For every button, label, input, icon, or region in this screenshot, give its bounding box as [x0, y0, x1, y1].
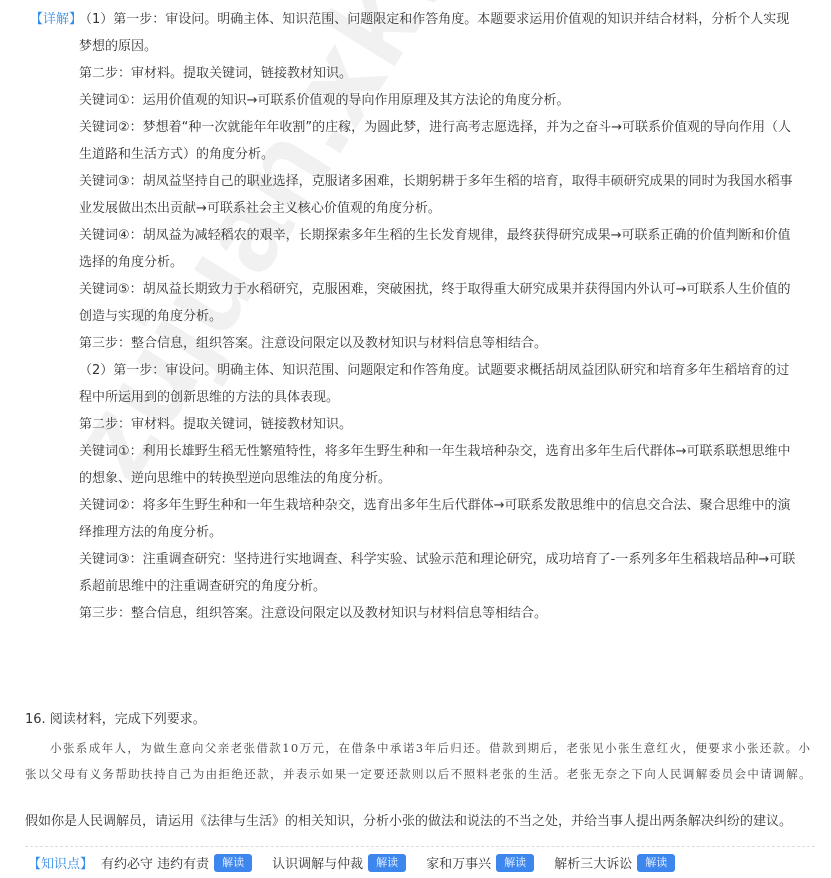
knowledge-point-name[interactable]: 有约必守 违约有责 [101, 853, 209, 872]
analysis-line: 关键词③：胡凤益坚持自己的职业选择，克服诸多困难，长期躬耕于多年生稻的培育，取得… [30, 168, 810, 195]
interpret-button[interactable]: 解读 [496, 854, 534, 872]
analysis-line: （2）第一步：审设问。明确主体、知识范围、问题限定和作答角度。试题要求概括胡凤益… [30, 357, 810, 384]
knowledge-point-item: 有约必守 违约有责 解读 [101, 853, 252, 872]
analysis-line: 关键词②：梦想着“种一次就能年年收割”的庄稼，为圆此梦，进行高考志愿选择，并为之… [30, 114, 810, 141]
analysis-line: 关键词①：运用价值观的知识→可联系价值观的导向作用原理及其方法论的角度分析。 [30, 87, 810, 114]
analysis-line: 关键词②：将多年生野生种和一年生栽培种杂交，选育出多年生后代群体→可联系发散思维… [30, 492, 810, 519]
knowledge-point-item: 认识调解与仲裁 解读 [272, 853, 406, 872]
analysis-line: 第二步：审材料。提取关键词，链接教材知识。 [30, 411, 810, 438]
knowledge-point-name[interactable]: 解析三大诉讼 [554, 853, 632, 872]
knowledge-point-name[interactable]: 家和万事兴 [426, 853, 491, 872]
question-16: 16. 阅读材料，完成下列要求。 小张系成年人，为做生意向父亲老张借款10万元，… [25, 709, 815, 833]
knowledge-point-name[interactable]: 认识调解与仲裁 [272, 853, 363, 872]
analysis-line: 的想象、逆向思维中的转换型逆向思维法的角度分析。 [30, 465, 810, 492]
analysis-line: 第三步：整合信息，组织答案。注意设问限定以及教材知识与材料信息等相结合。 [30, 600, 810, 627]
interpret-button[interactable]: 解读 [637, 854, 675, 872]
question-prompt: 假如你是人民调解员，请运用《法律与生活》的相关知识，分析小张的做法和说法的不当之… [25, 811, 815, 833]
divider [25, 846, 815, 847]
knowledge-point-item: 家和万事兴 解读 [426, 853, 534, 872]
interpret-button[interactable]: 解读 [214, 854, 252, 872]
analysis-line: 【详解】 （1）第一步：审设问。明确主体、知识范围、问题限定和作答角度。本题要求… [30, 6, 810, 33]
question-title: 16. 阅读材料，完成下列要求。 [25, 709, 815, 731]
analysis-line: 绎推理方法的角度分析。 [30, 519, 810, 546]
analysis-line: 选择的角度分析。 [30, 249, 810, 276]
analysis-line: 关键词③：注重调查研究：坚持进行实地调查、科学实验、试验示范和理论研究，成功培育… [30, 546, 810, 573]
analysis-line: 程中所运用到的创新思维的方法的具体表现。 [30, 384, 810, 411]
analysis-line: 第二步：审材料。提取关键词，链接教材知识。 [30, 60, 810, 87]
knowledge-points-bar: 【知识点】 有约必守 违约有责 解读 认识调解与仲裁 解读 家和万事兴 解读 解… [28, 853, 695, 872]
analysis-line: 业发展做出杰出贡献→可联系社会主义核心价值观的角度分析。 [30, 195, 810, 222]
analysis-tag: 【详解】 [30, 6, 79, 33]
analysis-line: 生道路和生活方式）的角度分析。 [30, 141, 810, 168]
analysis-line: 关键词⑤：胡凤益长期致力于水稻研究，克服困难，突破困扰，终于取得重大研究成果并获… [30, 276, 810, 303]
analysis-text: （1）第一步：审设问。明确主体、知识范围、问题限定和作答角度。本题要求运用价值观… [79, 6, 810, 33]
question-material: 小张系成年人，为做生意向父亲老张借款10万元，在借条中承诺3年后归还。借款到期后… [25, 735, 815, 787]
analysis-line: 系超前思维中的注重调查研究的角度分析。 [30, 573, 810, 600]
analysis-line: 第三步：整合信息，组织答案。注意设问限定以及教材知识与材料信息等相结合。 [30, 330, 810, 357]
analysis-line: 关键词①：利用长雄野生稻无性繁殖特性，将多年生野生种和一年生栽培种杂交，选育出多… [30, 438, 810, 465]
knowledge-point-item: 解析三大诉讼 解读 [554, 853, 675, 872]
interpret-button[interactable]: 解读 [368, 854, 406, 872]
knowledge-points-label: 【知识点】 [28, 853, 93, 872]
analysis-line: 关键词④：胡凤益为减轻稻农的艰辛，长期探索多年生稻的生长发育规律，最终获得研究成… [30, 222, 810, 249]
analysis-line: 创造与实现的角度分析。 [30, 303, 810, 330]
analysis-line: 梦想的原因。 [30, 33, 810, 60]
analysis-section: 【详解】 （1）第一步：审设问。明确主体、知识范围、问题限定和作答角度。本题要求… [30, 6, 810, 627]
